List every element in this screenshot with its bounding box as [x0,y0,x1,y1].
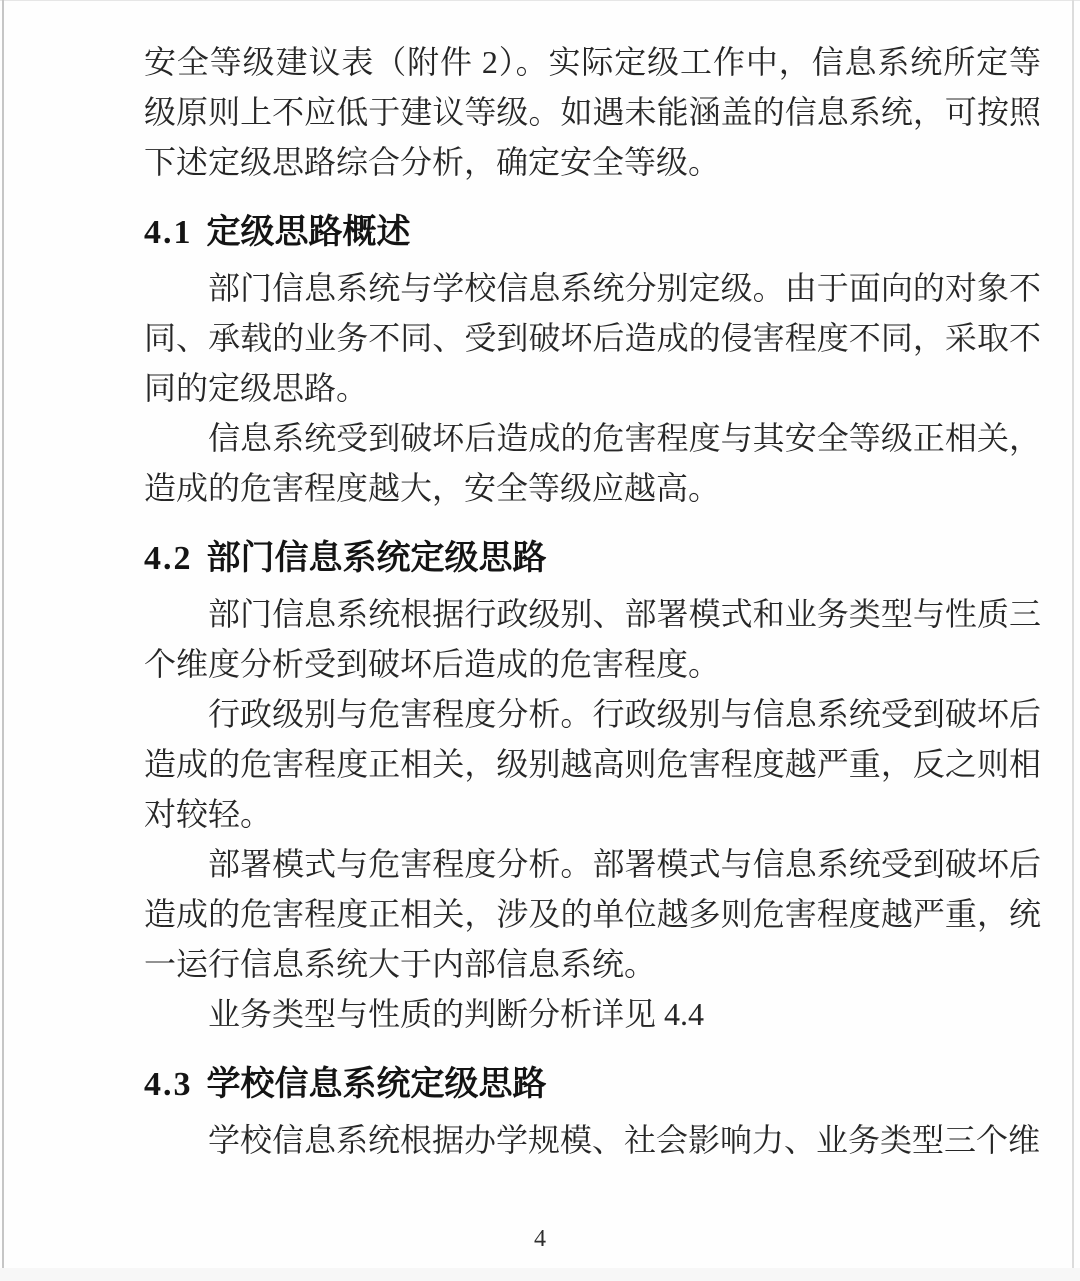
text-line: 对较轻。 [144,789,1041,839]
text-line: 级原则上不应低于建议等级。如遇未能涵盖的信息系统，可按照 [144,87,1041,137]
scan-edge-bottom [0,1268,1080,1281]
scan-edge-top [0,0,1080,1]
text-line: 部署模式与危害程度分析。部署模式与信息系统受到破坏后 [144,839,1041,889]
text-line: 业务类型与性质的判断分析详见 4.4 [144,989,1041,1039]
section-number: 4.3 [144,1066,193,1103]
text-line: 造成的危害程度越大，安全等级应越高。 [144,463,1041,513]
text-line: 行政级别与危害程度分析。行政级别与信息系统受到破坏后 [144,689,1041,739]
text-line: 个维度分析受到破坏后造成的危害程度。 [144,639,1041,689]
text-line: 同、承载的业务不同、受到破坏后造成的侵害程度不同，采取不 [144,313,1041,363]
section-number: 4.1 [144,214,193,251]
text-line: 部门信息系统与学校信息系统分别定级。由于面向的对象不 [144,263,1041,313]
section-title: 部门信息系统定级思路 [207,540,547,577]
scan-edge-right [1072,0,1074,1281]
text-line: 下述定级思路综合分析，确定安全等级。 [144,137,1041,187]
text-line: 同的定级思路。 [144,363,1041,413]
document-content: 安全等级建议表（附件 2）。实际定级工作中，信息系统所定等级原则上不应低于建议等… [144,37,1041,1165]
section-heading: 4.3学校信息系统定级思路 [144,1055,1041,1115]
text-line: 部门信息系统根据行政级别、部署模式和业务类型与性质三 [144,589,1041,639]
section-heading: 4.2部门信息系统定级思路 [144,529,1041,589]
text-line: 安全等级建议表（附件 2）。实际定级工作中，信息系统所定等 [144,37,1041,87]
section-title: 定级思路概述 [207,214,411,251]
text-line: 造成的危害程度正相关，级别越高则危害程度越严重，反之则相 [144,739,1041,789]
section-title: 学校信息系统定级思路 [207,1066,547,1103]
document-page: 安全等级建议表（附件 2）。实际定级工作中，信息系统所定等级原则上不应低于建议等… [0,0,1080,1281]
section-heading: 4.1定级思路概述 [144,203,1041,263]
text-line: 一运行信息系统大于内部信息系统。 [144,939,1041,989]
page-number: 4 [0,1226,1080,1253]
text-line: 造成的危害程度正相关，涉及的单位越多则危害程度越严重，统 [144,889,1041,939]
text-line: 信息系统受到破坏后造成的危害程度与其安全等级正相关， [144,413,1041,463]
text-line: 学校信息系统根据办学规模、社会影响力、业务类型三个维 [144,1115,1041,1165]
section-number: 4.2 [144,540,193,577]
scan-edge-left [2,0,4,1281]
